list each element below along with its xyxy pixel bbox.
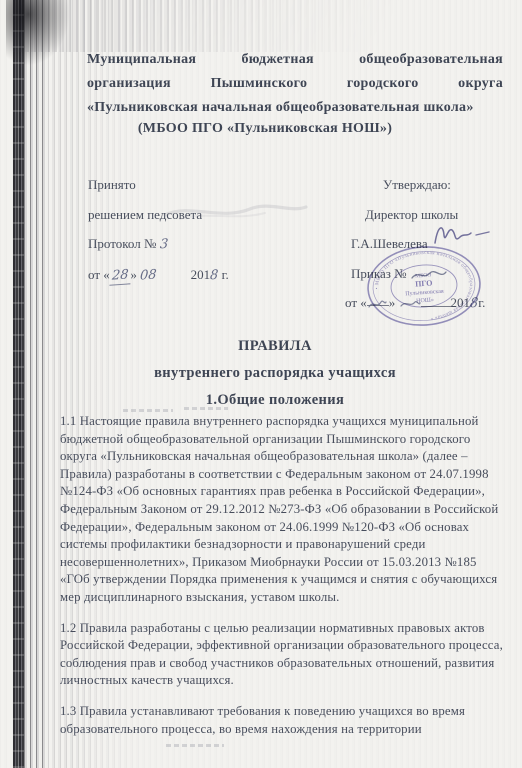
date-close: » — [130, 267, 137, 282]
date-prefix: от « — [88, 267, 110, 282]
date-month-handwritten: 08 — [139, 266, 157, 284]
document-title-block: ПРАВИЛА внутреннего распорядка учащихся … — [45, 338, 505, 419]
date-year-handwritten: 8 — [210, 266, 219, 284]
scan-top-smudge — [13, 0, 451, 52]
pencil-smudge — [160, 195, 310, 225]
faint-dash-mark — [123, 409, 173, 412]
official-round-stamp: • МБОО ПГО «Пульниковская начальная обще… — [356, 234, 492, 339]
scan-corner-blot — [6, 0, 70, 66]
faint-dash-mark — [184, 407, 228, 410]
title-subtitle: внутреннего распорядка учащихся — [45, 365, 505, 382]
date-day-handwritten: 28 — [109, 266, 131, 286]
stamp-center-line3: Пульниковская — [405, 289, 444, 298]
paragraph-1-2: 1.2 Правила разработаны с целью реализац… — [60, 620, 507, 690]
scan-binding-edge — [13, 0, 24, 768]
date-suffix: г. — [218, 267, 228, 282]
protocol-label: Протокол № — [88, 236, 156, 251]
title-section: 1.Общие положения — [45, 392, 505, 409]
date-year-printed: 201 — [191, 267, 211, 282]
stamp-center-line2: ПГО — [415, 278, 433, 288]
paragraph-1-1: 1.1 Настоящие правила внутреннего распор… — [60, 413, 507, 607]
accepted-title: Принято — [88, 176, 229, 193]
accepted-date: от «28» 082018 г. — [88, 266, 229, 285]
accepted-protocol: Протокол № 3 — [88, 235, 229, 253]
body-text: 1.1 Настоящие правила внутреннего распор… — [60, 413, 507, 751]
approved-title: Утверждаю: — [383, 176, 522, 193]
stamp-center-line4: НОШ» — [416, 297, 434, 304]
protocol-number-handwritten: 3 — [159, 236, 168, 254]
title-main: ПРАВИЛА — [45, 338, 505, 355]
scanned-document-page: Муниципальная бюджетная общеобразователь… — [0, 0, 522, 768]
org-abbreviation: (МБОО ПГО «Пульниковская НОШ») — [40, 121, 490, 137]
org-name: Муниципальная бюджетная общеобразователь… — [87, 48, 503, 120]
paragraph-1-3: 1.3 Правила устанавливают требования к п… — [60, 703, 507, 738]
